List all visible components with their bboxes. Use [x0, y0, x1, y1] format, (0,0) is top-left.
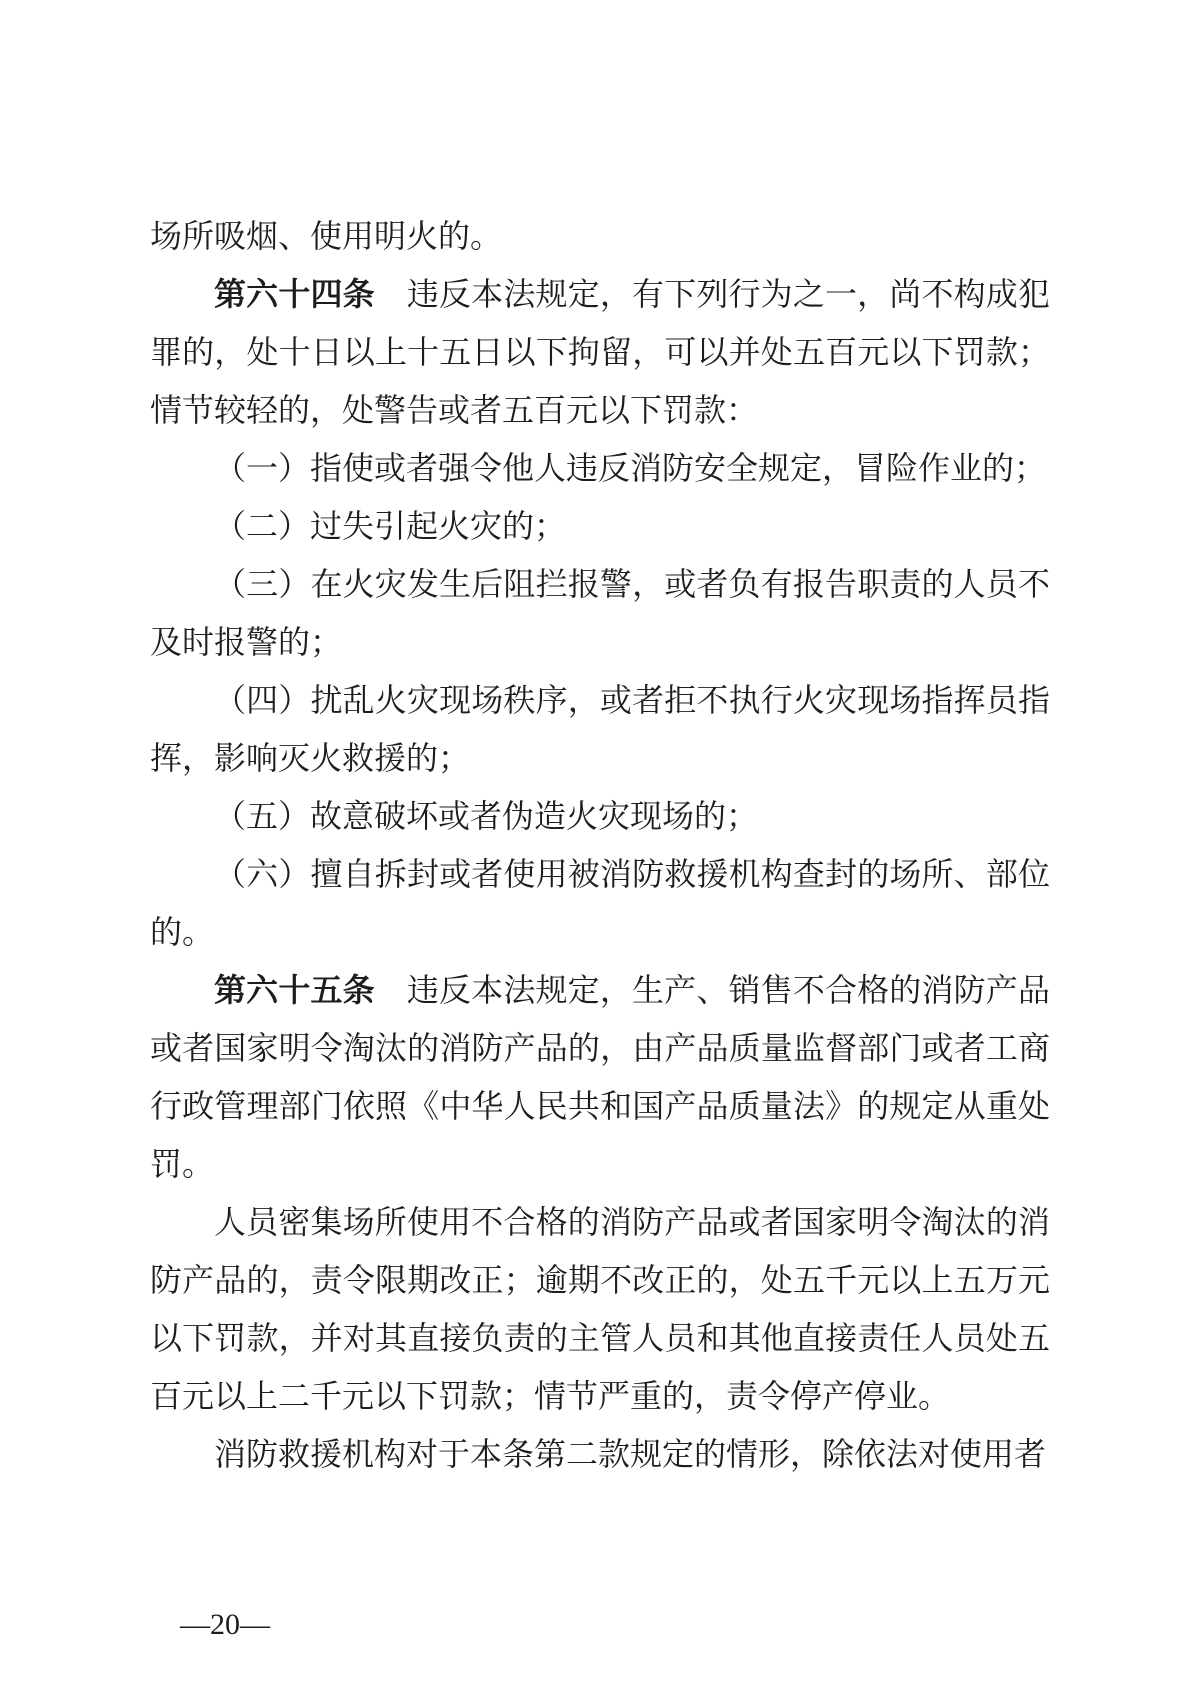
paragraph-continuation: 场所吸烟、使用明火的。: [150, 207, 1050, 265]
article-64-item-3: （三）在火灾发生后阻拦报警，或者负有报告职责的人员不及时报警的；: [150, 555, 1050, 671]
article-64-item-4: （四）扰乱火灾现场秩序，或者拒不执行火灾现场指挥员指挥，影响灭火救援的；: [150, 671, 1050, 787]
article-64-number: 第六十四条: [214, 276, 375, 312]
article-64-item-6: （六）擅自拆封或者使用被消防救援机构查封的场所、部位的。: [150, 845, 1050, 961]
page-number: —20—: [180, 1604, 270, 1646]
article-64-item-2: （二）过失引起火灾的；: [150, 497, 1050, 555]
paragraph-article-65-clause-3: 消防救援机构对于本条第二款规定的情形，除依法对使用者: [150, 1425, 1050, 1483]
article-65-number: 第六十五条: [214, 972, 375, 1008]
document-page: 场所吸烟、使用明火的。 第六十四条违反本法规定，有下列行为之一，尚不构成犯罪的，…: [0, 0, 1190, 1683]
paragraph-article-65: 第六十五条违反本法规定，生产、销售不合格的消防产品或者国家明令淘汰的消防产品的，…: [150, 961, 1050, 1193]
law-text-block: 场所吸烟、使用明火的。 第六十四条违反本法规定，有下列行为之一，尚不构成犯罪的，…: [150, 207, 1050, 1483]
article-64-item-5: （五）故意破坏或者伪造火灾现场的；: [150, 787, 1050, 845]
paragraph-article-65-clause-2: 人员密集场所使用不合格的消防产品或者国家明令淘汰的消防产品的，责令限期改正；逾期…: [150, 1193, 1050, 1425]
paragraph-article-64: 第六十四条违反本法规定，有下列行为之一，尚不构成犯罪的，处十日以上十五日以下拘留…: [150, 265, 1050, 439]
article-64-item-1: （一）指使或者强令他人违反消防安全规定，冒险作业的；: [150, 439, 1050, 497]
